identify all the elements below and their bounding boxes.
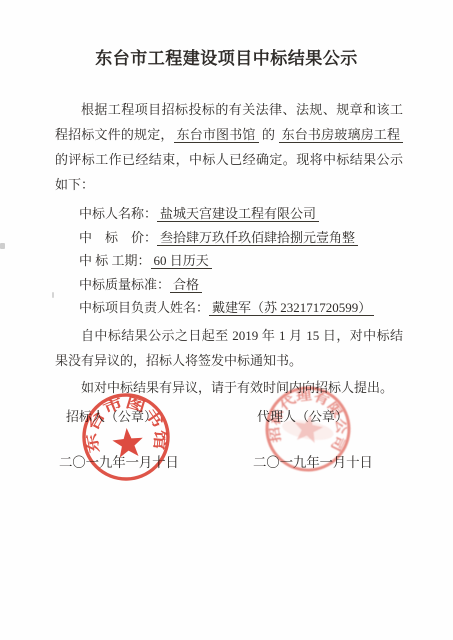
tenderer-date: 二〇一九年一月十日 — [59, 451, 179, 471]
field-project-manager: 中标项目负责人姓名：戴建军（苏 232171720599） — [55, 296, 403, 320]
tenderer-name-underlined: 东台市图书馆 — [174, 127, 259, 143]
project-name-underlined: 东台书房玻璃房工程 — [279, 127, 403, 143]
scanned-notice-page: 东台市工程建设项目中标结果公示 根据工程项目招标投标的有关法律、法规、规章和该工… — [0, 0, 453, 640]
field-label: 中标人名称： — [79, 206, 157, 221]
field-winner-name: 中标人名称：盐城天宫建设工程有限公司 — [55, 202, 403, 226]
scan-speck — [0, 243, 5, 249]
field-bid-price: 中 标 价：叁拾肆万玖仟玖佰肆拾捌元壹角整 — [55, 226, 403, 250]
page-title: 东台市工程建设项目中标结果公示 — [0, 44, 453, 69]
result-fields: 中标人名称：盐城天宫建设工程有限公司 中 标 价：叁拾肆万玖仟玖佰肆拾捌元壹角整… — [55, 202, 403, 320]
field-value: 合格 — [170, 277, 202, 293]
tenderer-seal-label: 招标人（公章） — [66, 406, 157, 425]
field-value: 叁拾肆万玖仟玖佰肆拾捌元壹角整 — [157, 230, 358, 246]
field-label: 中 标 工期： — [79, 253, 151, 268]
objection-deadline-paragraph: 自中标结果公示之日起至 2019 年 1 月 15 日，对中标结果没有异议的，招… — [55, 323, 403, 373]
intro-middle: 的 — [259, 127, 279, 142]
field-duration: 中 标 工期：60 日历天 — [55, 249, 403, 273]
intro-paragraph: 根据工程项目招标投标的有关法律、法规、规章和该工程招标文件的规定，东台市图书馆 … — [55, 97, 403, 197]
notice-body: 根据工程项目招标投标的有关法律、法规、规章和该工程招标文件的规定，东台市图书馆 … — [55, 97, 403, 400]
field-label: 中 标 价： — [79, 230, 157, 245]
scan-speck — [52, 292, 54, 298]
objection-howto-paragraph: 如对中标结果有异议，请于有效时间内向招标人提出。 — [55, 375, 403, 400]
field-value: 戴建军（苏 232171720599） — [209, 300, 374, 316]
agent-date: 二〇一九年一月十日 — [253, 451, 373, 471]
field-value: 盐城天宫建设工程有限公司 — [157, 206, 319, 222]
intro-tail: 的评标工作已经结束，中标人已经确定。现将中标结果公示如下： — [55, 152, 403, 192]
field-label: 中标项目负责人姓名： — [79, 300, 209, 315]
field-value: 60 日历天 — [151, 253, 212, 269]
field-quality-standard: 中标质量标准：合格 — [55, 273, 403, 297]
field-label: 中标质量标准： — [79, 277, 170, 292]
agent-seal-label: 代理人（公章） — [257, 406, 348, 425]
